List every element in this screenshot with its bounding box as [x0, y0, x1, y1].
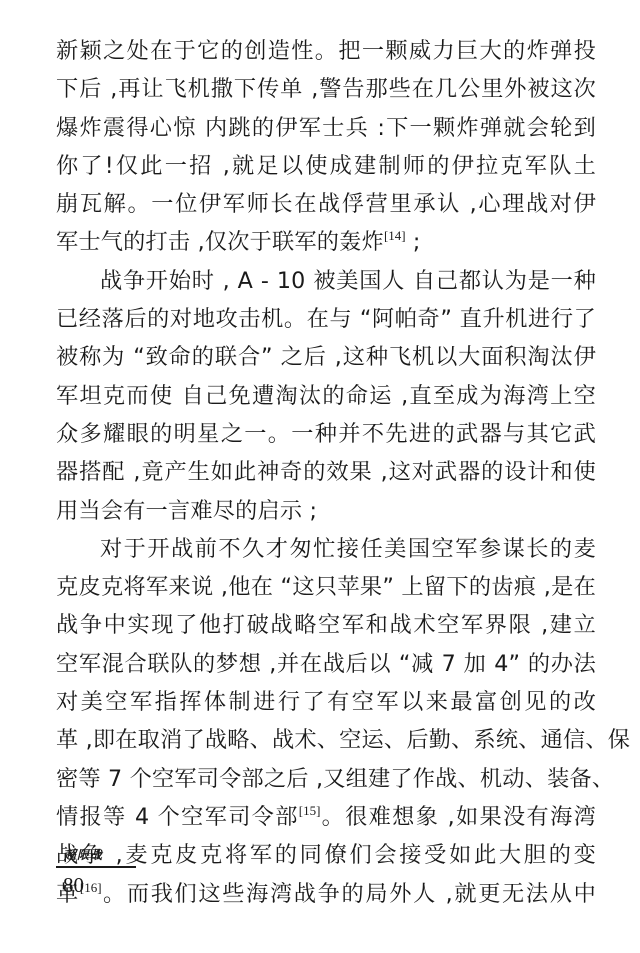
- text-line: 克皮克将军来说 ,他在 “这只苹果” 上留下的齿痕 ,是在: [56, 568, 596, 606]
- text-line: 用当会有一言难尽的启示 ;: [56, 492, 596, 530]
- line-text: 。很难想象 ,如果没有海湾: [320, 804, 596, 830]
- text-line: 崩瓦解。一位伊军师长在战俘营里承认 ,心理战对伊: [56, 185, 596, 223]
- text-line: 对于开战前不久才匆忙接任美国空军参谋长的麦: [56, 530, 596, 568]
- text-line: 已经落后的对地攻击机。在与 “阿帕奇” 直升机进行了: [56, 300, 596, 338]
- text-line: 空军混合联队的梦想 ,并在战后以 “减 7 加 4” 的办法: [56, 645, 596, 683]
- running-title: 超限战: [56, 846, 146, 866]
- text-line: 下后 ,再让飞机撒下传单 ,警告那些在几公里外被这次: [56, 70, 596, 108]
- text-line: 军士气的打击 ,仅次于联军的轰炸[14] ;: [56, 223, 596, 261]
- text-line: 器搭配 ,竟产生如此神奇的效果 ,这对武器的设计和使: [56, 453, 596, 491]
- line-text: 。而我们这些海湾战争的局外人 ,就更无法从中: [102, 881, 596, 907]
- text-line: 众多耀眼的明星之一。一种并不先进的武器与其它武: [56, 415, 596, 453]
- text-line: 被称为 “致命的联合” 之后 ,这种飞机以大面积淘汰伊: [56, 338, 596, 376]
- footnote-ref-14[interactable]: [14]: [384, 228, 406, 243]
- text-line: 战争中实现了他打破战略空军和战术空军界限 ,建立: [56, 606, 596, 644]
- page-number: 80: [56, 870, 146, 900]
- line-text: 军士气的打击 ,仅次于联军的轰炸: [56, 229, 384, 255]
- text-line: 爆炸震得心惊 内跳的伊军士兵 :下一颗炸弹就会轮到: [56, 109, 596, 147]
- page-footer: 超限战 80: [56, 846, 146, 900]
- footer-rule: [56, 866, 136, 868]
- text-line: 对美空军指挥体制进行了有空军以来最富创见的改: [56, 683, 596, 721]
- page-body: 新颖之处在于它的创造性。把一颗威力巨大的炸弹投 下后 ,再让飞机撒下传单 ,警告…: [56, 32, 596, 913]
- line-text: ;: [406, 229, 421, 255]
- footnote-ref-15[interactable]: [15]: [299, 803, 321, 818]
- text-line: 战争开始时 , A - 10 被美国人 自己都认为是一种: [56, 262, 596, 300]
- text-line: 你了!仅此一招 ,就足以使成建制师的伊拉克军队土: [56, 147, 596, 185]
- text-line: 军坦克而使 自己免遭淘汰的命运 ,直至成为海湾上空: [56, 377, 596, 415]
- line-text: 情报等 4 个空军司令部: [56, 804, 299, 830]
- text-line: 革 ,即在取消了战略、战术、空运、后勤、系统、通信、保: [56, 721, 596, 759]
- text-line: 情报等 4 个空军司令部[15]。很难想象 ,如果没有海湾: [56, 798, 596, 836]
- text-line: 密等 7 个空军司令部之后 ,又组建了作战、机动、装备、: [56, 760, 596, 798]
- text-line: 新颖之处在于它的创造性。把一颗威力巨大的炸弹投: [56, 32, 596, 70]
